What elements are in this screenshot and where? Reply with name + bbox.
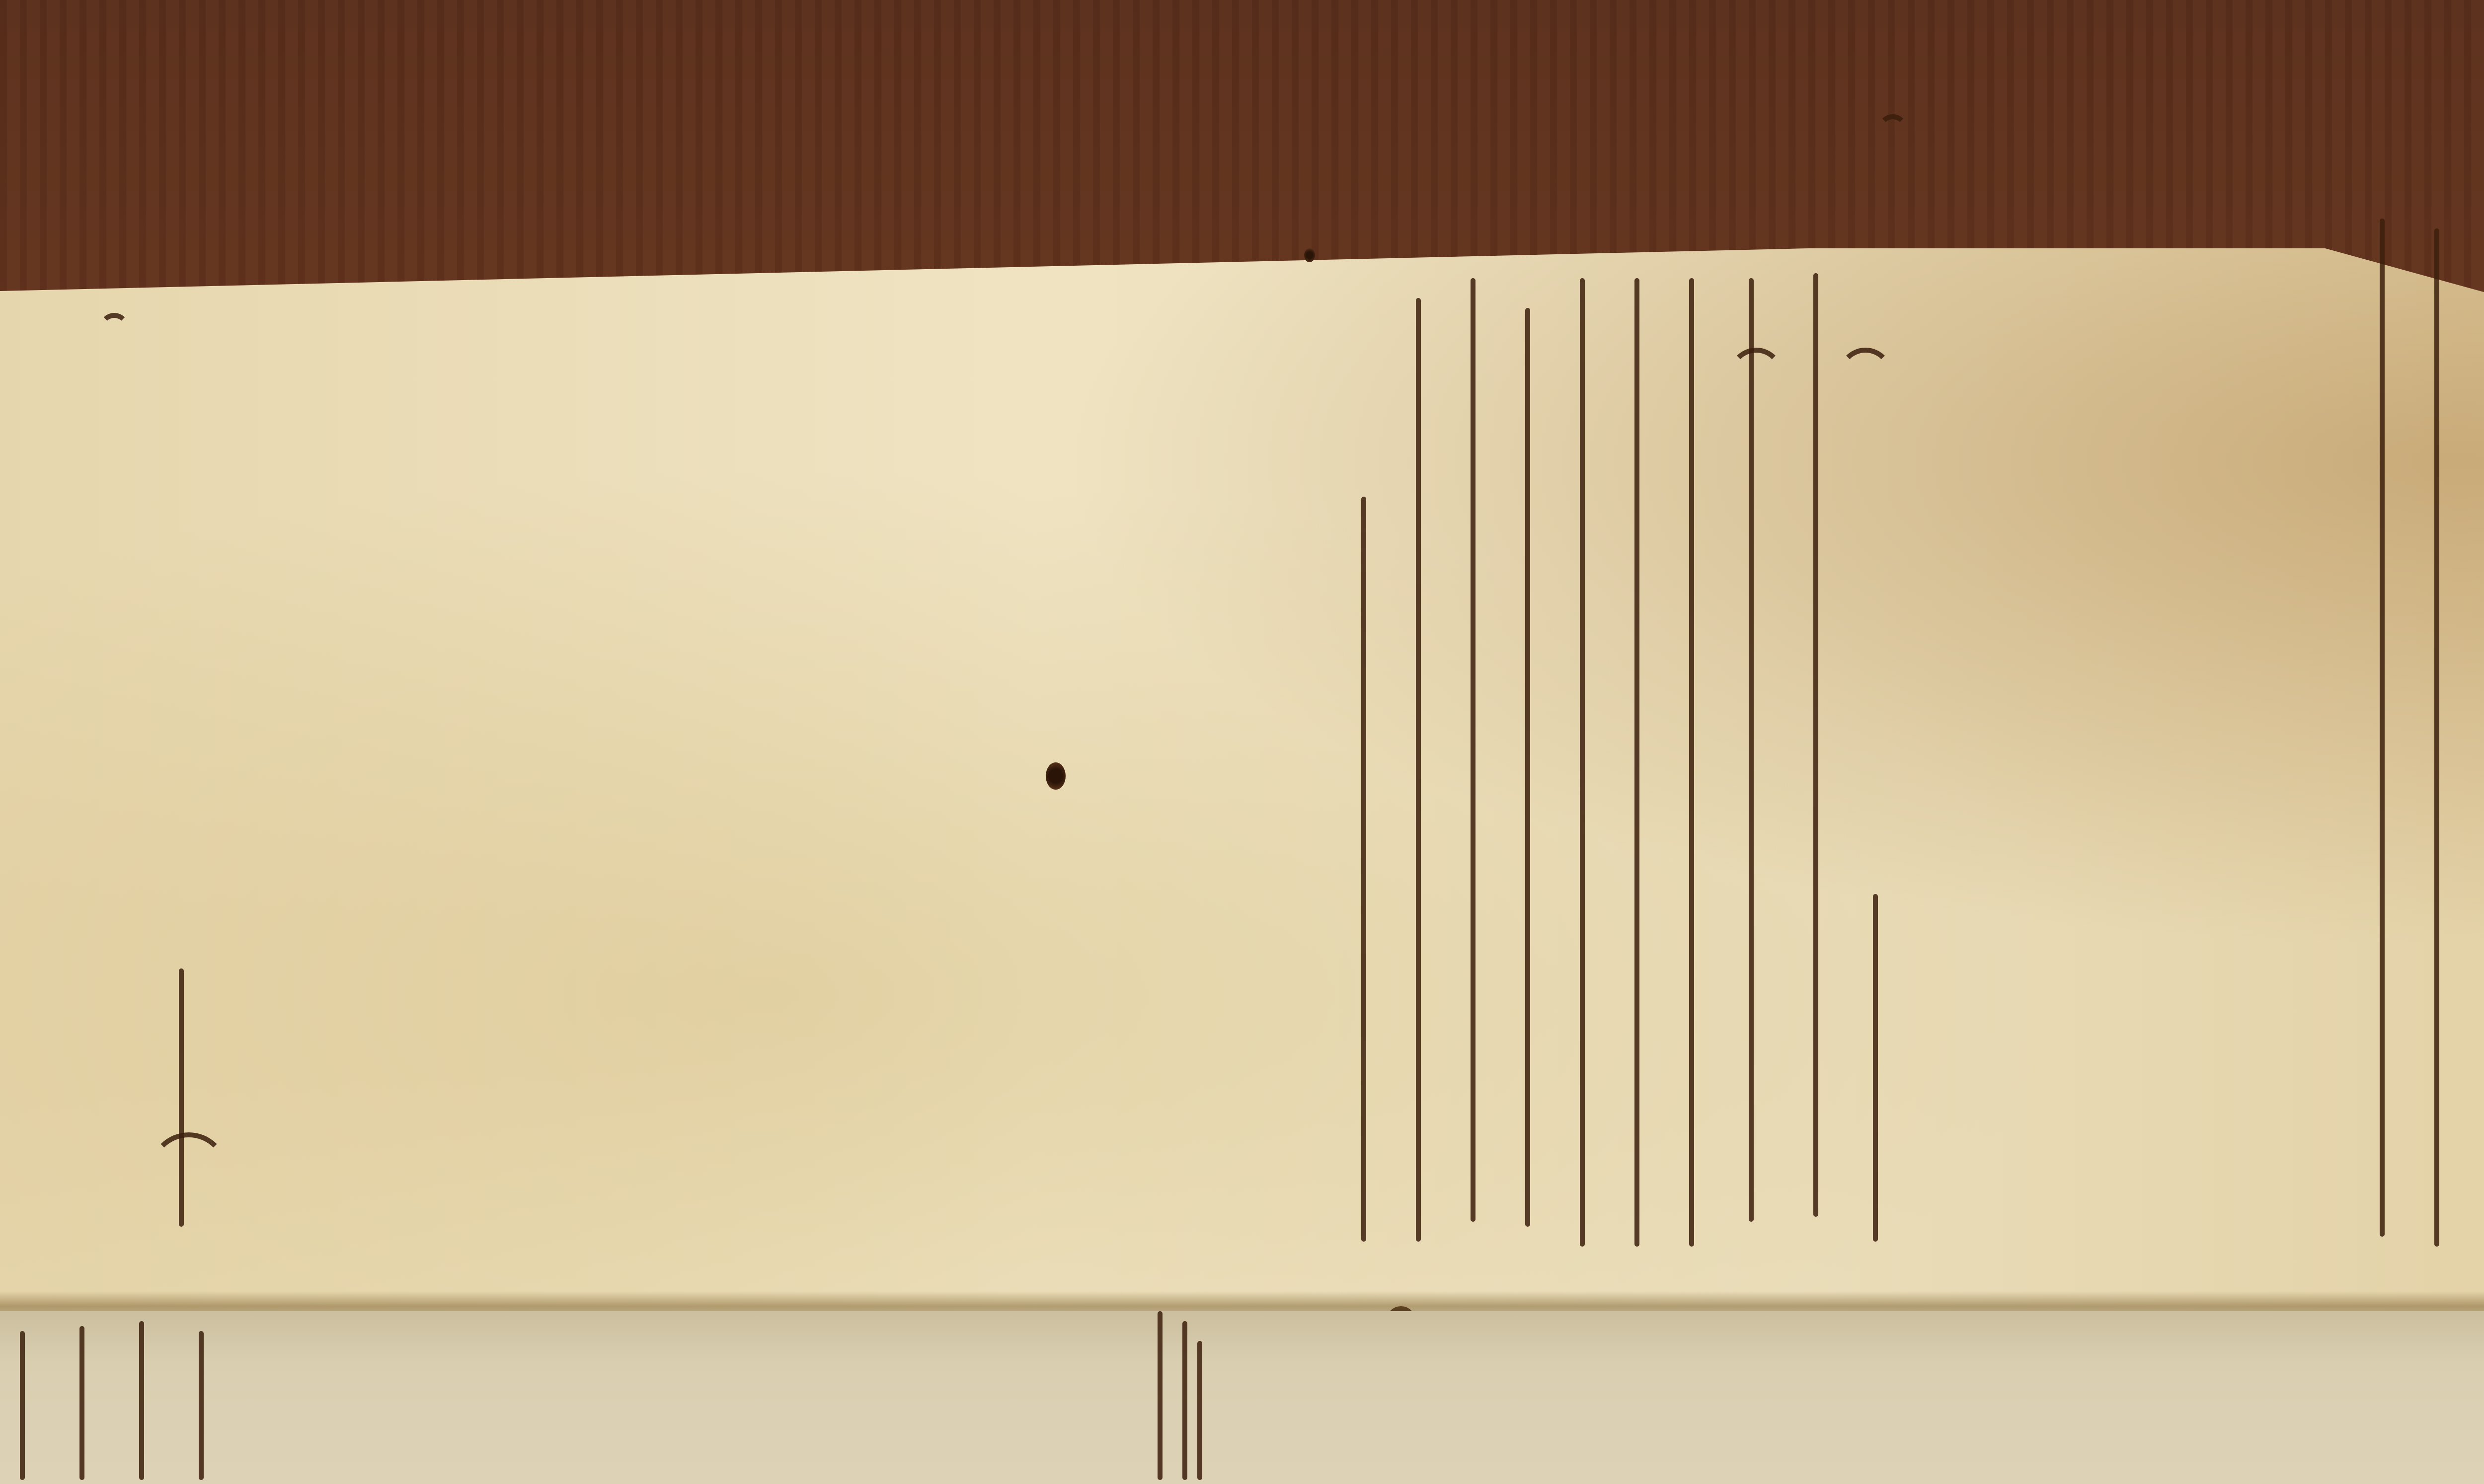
flourish: [1729, 348, 1784, 402]
text-line: [1158, 1311, 1163, 1480]
manuscript-page: Photograph of a handwritten manuscript p…: [0, 248, 2484, 1316]
text-line: [1580, 278, 1585, 1247]
lower-page: [0, 1311, 2484, 1484]
flourish: [1838, 348, 1893, 402]
signature-loop: [149, 1132, 229, 1212]
text-line: [1873, 894, 1878, 1242]
text-line: [1689, 278, 1694, 1247]
text-line: [79, 1326, 84, 1480]
text-line: [1471, 278, 1475, 1222]
text-line: [139, 1321, 144, 1480]
text-line: [1416, 298, 1421, 1242]
text-line: [1525, 308, 1530, 1227]
text-line: [2380, 219, 2385, 1237]
margin-mark: [99, 313, 129, 343]
text-line: [2434, 228, 2439, 1247]
text-line: [20, 1331, 25, 1480]
text-line: [1197, 1341, 1202, 1480]
text-line: [1634, 278, 1639, 1247]
text-line: [1361, 497, 1366, 1242]
text-line: [1749, 278, 1754, 1222]
text-line: [1813, 273, 1818, 1217]
signature: [129, 968, 229, 1227]
paper-hole-small: [1304, 248, 1315, 262]
paper-hole-large: [1046, 762, 1066, 790]
text-line: [199, 1331, 204, 1480]
margin-mark: [1878, 114, 1908, 144]
text-line: [1182, 1321, 1187, 1480]
